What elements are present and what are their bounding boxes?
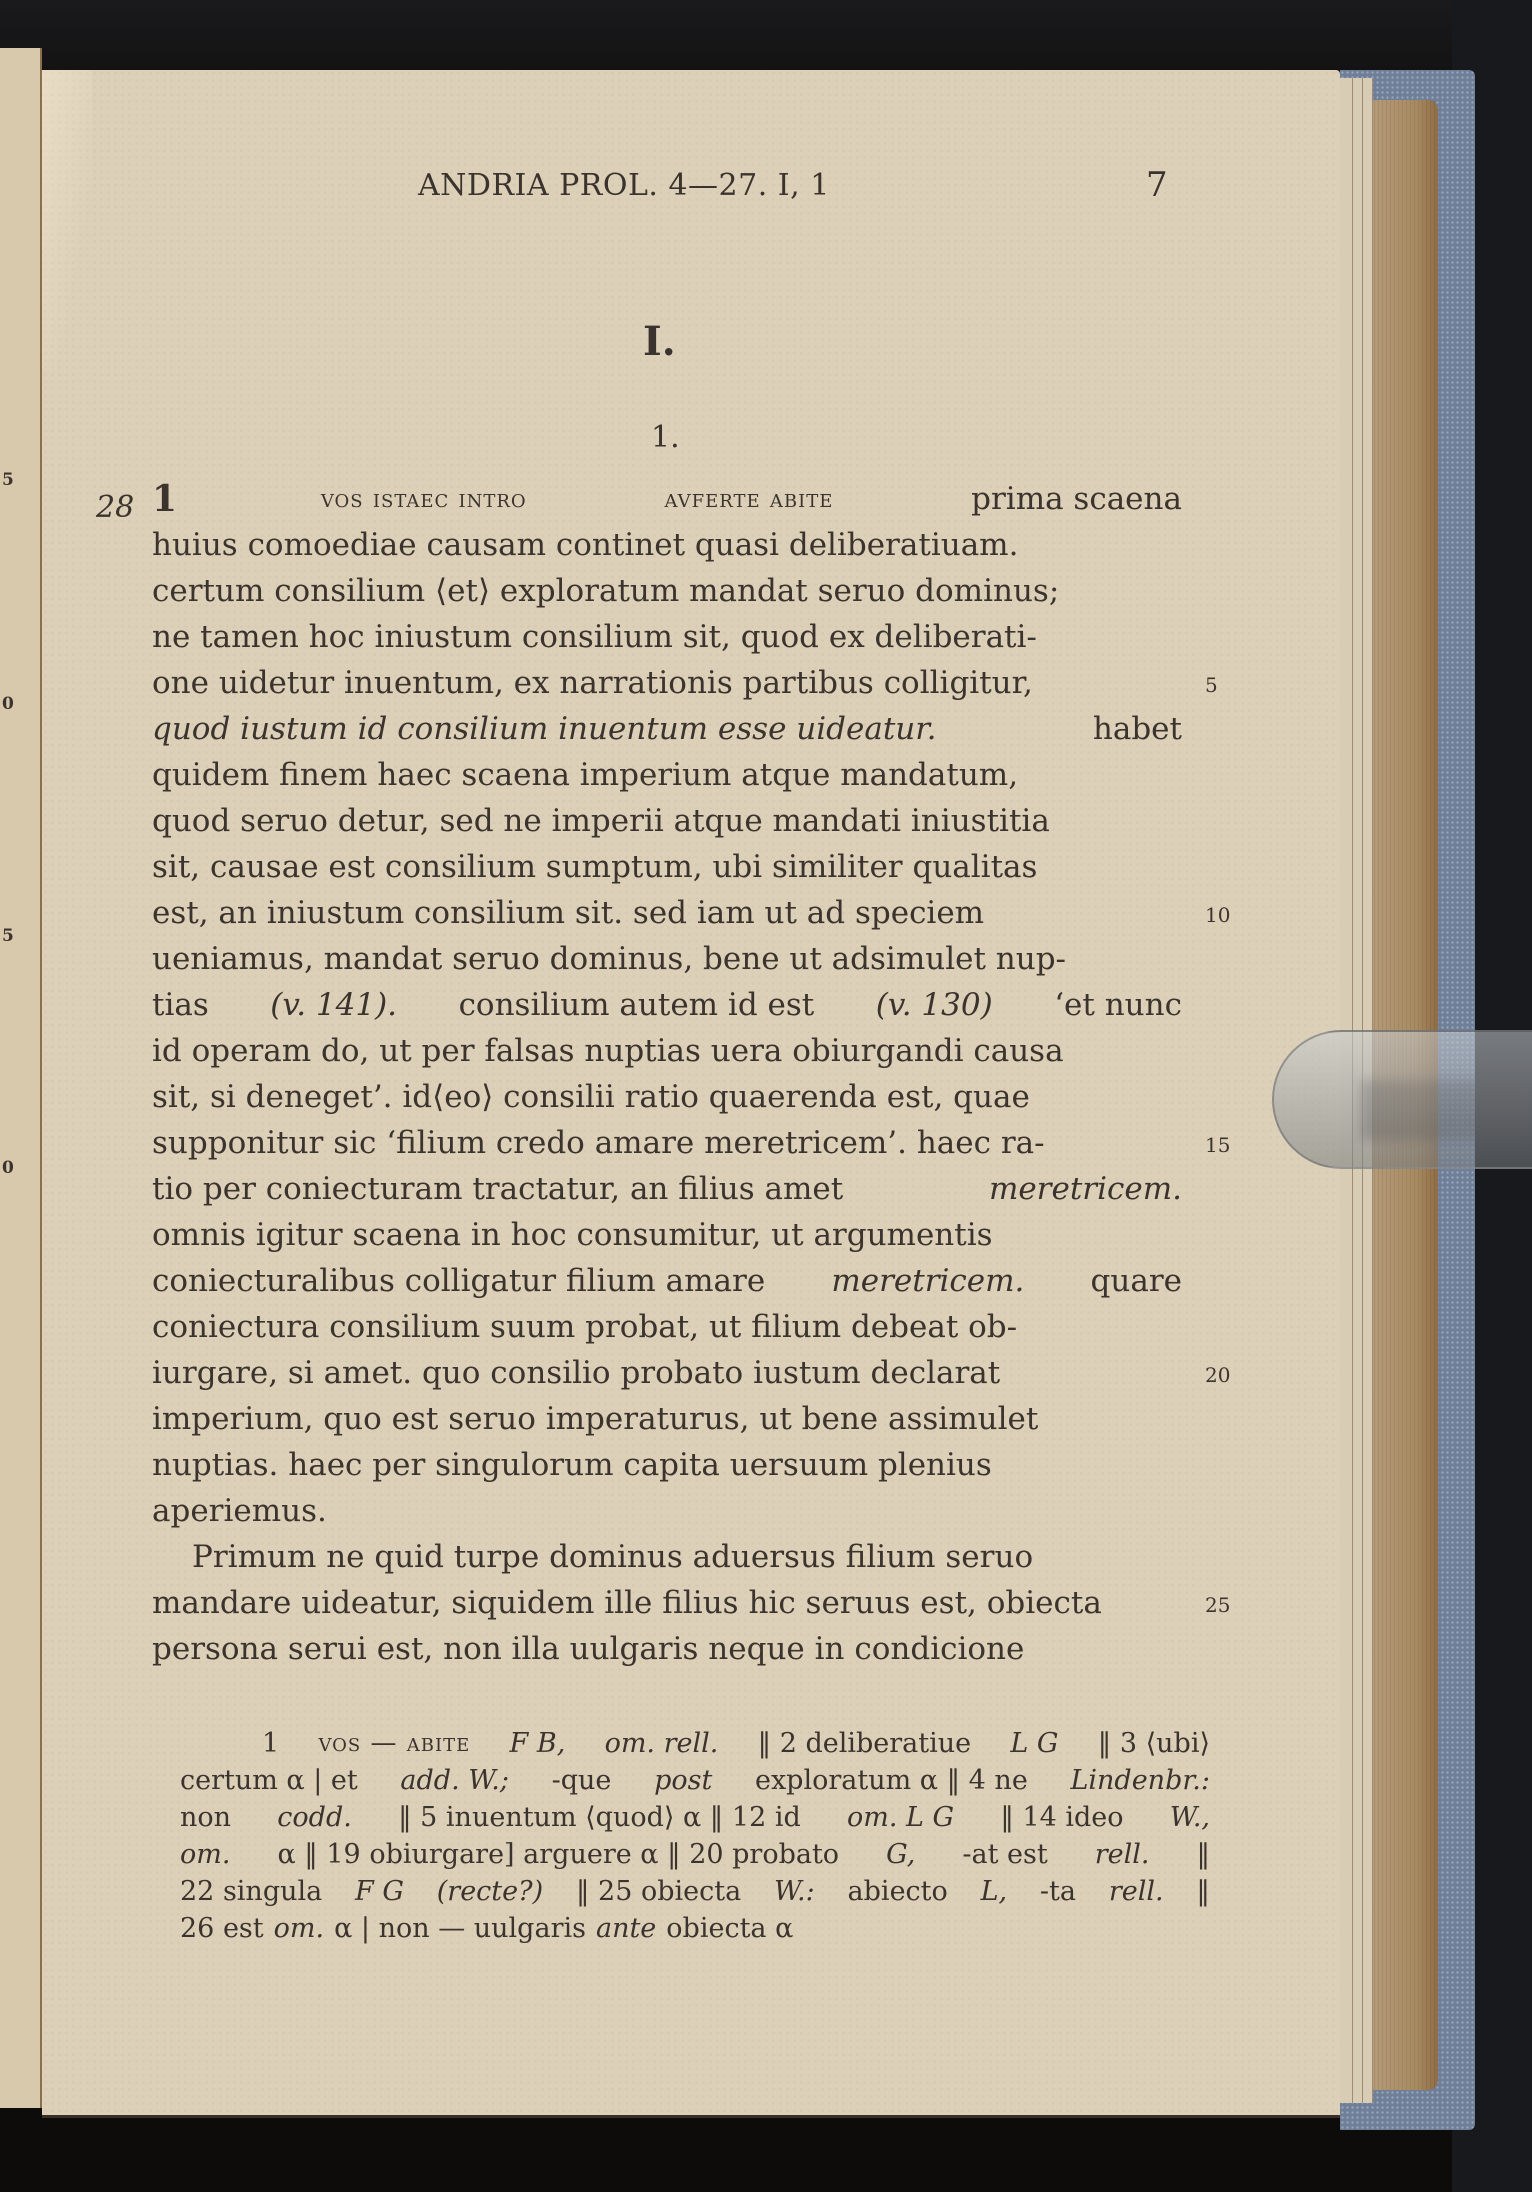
text-line: om.α ‖ 19 obiurgare] arguere α ‖ 20 prob… — [180, 1836, 1210, 1873]
text-line: huius comoediae causam continet quasi de… — [152, 522, 1182, 568]
text-segment: ueniamus, mandat seruo dominus, bene ut … — [152, 936, 1066, 982]
text-segment: prima scaena — [971, 476, 1182, 522]
text-line: sit, si deneget’. id⟨eo⟩ consilii ratio … — [152, 1074, 1182, 1120]
text-line: aperiemus. — [152, 1488, 1182, 1534]
text-segment: (v. 141). — [270, 982, 397, 1028]
text-line: ueniamus, mandat seruo dominus, bene ut … — [152, 936, 1182, 982]
text-segment: ante — [596, 1910, 656, 1947]
text-segment: ne tamen hoc iniustum consilium sit, quo… — [152, 614, 1037, 660]
text-segment: imperium, quo est seruo imperaturus, ut … — [152, 1396, 1038, 1442]
text-segment: codd. — [277, 1799, 352, 1836]
prev-line-number: 5 — [2, 926, 14, 946]
text-segment: α ‖ 19 obiurgare] arguere α ‖ 20 probato — [277, 1836, 839, 1873]
text-segment: consilium autem id est — [459, 982, 815, 1028]
text-segment: om. L G — [847, 1799, 954, 1836]
text-segment: -que — [552, 1762, 612, 1799]
line-number: 5 — [1205, 662, 1218, 708]
page-holder-clip — [1272, 1030, 1532, 1169]
critical-apparatus: 1vos — abiteF B,om. rell.‖ 2 deliberatiu… — [180, 1725, 1210, 1947]
margin-reference: 28 — [96, 490, 134, 525]
text-segment: L, — [981, 1873, 1008, 1910]
text-segment: F B, — [510, 1725, 566, 1762]
text-segment: vos istaec intro — [321, 476, 527, 522]
text-line: noncodd.‖ 5 inuentum ⟨quod⟩ α ‖ 12 idom.… — [180, 1799, 1210, 1836]
text-segment: quidem finem haec scaena imperium atque … — [152, 752, 1018, 798]
line-number: 15 — [1205, 1122, 1230, 1168]
text-line: certum α | etadd. W.;-quepostexploratum … — [180, 1762, 1210, 1799]
line-number: 10 — [1205, 892, 1230, 938]
text-segment: certum consilium ⟨et⟩ exploratum mandat … — [152, 568, 1059, 614]
text-segment: post — [654, 1762, 712, 1799]
text-line: certum consilium ⟨et⟩ exploratum mandat … — [152, 568, 1182, 614]
text-segment: ‖ — [1197, 1836, 1211, 1873]
text-line: coniecturalibus colligatur filium amarem… — [152, 1258, 1182, 1304]
text-segment: (recte?) — [437, 1873, 543, 1910]
text-segment: Lindenbr.: — [1070, 1762, 1210, 1799]
text-line: quidem finem haec scaena imperium atque … — [152, 752, 1182, 798]
text-line: est, an iniustum consilium sit. sed iam … — [152, 890, 1182, 936]
text-line: omnis igitur scaena in hoc consumitur, u… — [152, 1212, 1182, 1258]
text-line: supponitur sic ‘filium credo amare meret… — [152, 1120, 1182, 1166]
text-segment: omnis igitur scaena in hoc consumitur, u… — [152, 1212, 993, 1258]
text-segment: ‖ 3 ⟨ubi⟩ — [1098, 1725, 1210, 1762]
dark-background-top — [0, 0, 1532, 80]
text-segment: om. — [180, 1836, 230, 1873]
text-line: iurgare, si amet. quo consilio probato i… — [152, 1350, 1182, 1396]
text-segment: L G — [1010, 1725, 1058, 1762]
text-segment: ‖ 25 obiecta — [576, 1873, 741, 1910]
running-head: ANDRIA PROL. 4—27. I, 1 — [418, 168, 830, 203]
text-segment: habet — [1093, 706, 1182, 752]
text-segment: aperiemus. — [152, 1488, 327, 1534]
text-line: Primum ne quid turpe dominus aduersus fi… — [152, 1534, 1182, 1580]
text-segment: α | non — uulgaris — [334, 1910, 586, 1947]
page-crease — [42, 70, 92, 370]
text-line: quod seruo detur, sed ne imperii atque m… — [152, 798, 1182, 844]
text-line: imperium, quo est seruo imperaturus, ut … — [152, 1396, 1182, 1442]
text-segment: ‖ 2 deliberatiue — [758, 1725, 972, 1762]
text-segment: id operam do, ut per falsas nuptias uera… — [152, 1028, 1064, 1074]
text-segment: om. — [274, 1910, 324, 1947]
text-line: quod iustum id consilium inuentum esse u… — [152, 706, 1182, 752]
prev-line-number: 0 — [2, 694, 14, 714]
text-line: nuptias. haec per singulorum capita uers… — [152, 1442, 1182, 1488]
text-line: tio per coniecturam tractatur, an filius… — [152, 1166, 1182, 1212]
text-segment: (v. 130) — [876, 982, 993, 1028]
text-line: ne tamen hoc iniustum consilium sit, quo… — [152, 614, 1182, 660]
text-segment: ‖ — [1196, 1873, 1210, 1910]
text-segment: om. rell. — [605, 1725, 719, 1762]
text-line: 1vos istaec introavferte abiteprima scae… — [152, 476, 1182, 522]
text-line: 1vos — abiteF B,om. rell.‖ 2 deliberatiu… — [180, 1725, 1210, 1762]
text-line: mandare uideatur, siquidem ille filius h… — [152, 1580, 1182, 1626]
text-segment: G, — [886, 1836, 915, 1873]
text-segment: tio per coniecturam tractatur, an filius… — [152, 1166, 843, 1212]
text-line: sit, causae est consilium sumptum, ubi s… — [152, 844, 1182, 890]
text-line: 26 estom.α | non — uulgarisanteobiecta α — [180, 1910, 1210, 1947]
text-segment: non — [180, 1799, 231, 1836]
text-segment: quod iustum id consilium inuentum esse u… — [152, 706, 937, 752]
scene-heading: 1. — [651, 420, 680, 455]
text-segment: 1 — [262, 1725, 279, 1762]
text-line: tias(v. 141).consilium autem id est(v. 1… — [152, 982, 1182, 1028]
text-segment: quare — [1091, 1258, 1182, 1304]
act-heading: I. — [643, 318, 676, 365]
text-segment: coniecturalibus colligatur filium amare — [152, 1258, 765, 1304]
commentary-text: 1vos istaec introavferte abiteprima scae… — [152, 476, 1182, 1672]
text-segment: mandare uideatur, siquidem ille filius h… — [152, 1580, 1102, 1626]
text-segment: rell. — [1095, 1836, 1150, 1873]
text-segment: coniectura consilium suum probat, ut fil… — [152, 1304, 1017, 1350]
text-segment: 1 — [152, 476, 177, 522]
text-line: persona serui est, non illa uulgaris neq… — [152, 1626, 1182, 1672]
page-number: 7 — [1146, 165, 1168, 205]
text-segment: quod seruo detur, sed ne imperii atque m… — [152, 798, 1050, 844]
text-segment: certum α | et — [180, 1762, 358, 1799]
prev-line-number: 5 — [2, 470, 14, 490]
text-line: id operam do, ut per falsas nuptias uera… — [152, 1028, 1182, 1074]
text-segment: meretricem. — [831, 1258, 1024, 1304]
text-segment: 22 singula — [180, 1873, 322, 1910]
text-segment: exploratum α ‖ 4 ne — [755, 1762, 1028, 1799]
text-segment: abiecto — [848, 1873, 948, 1910]
previous-page-edge: 5 0 5 0 — [0, 48, 42, 2108]
text-segment: -ta — [1040, 1873, 1076, 1910]
text-segment: tias — [152, 982, 209, 1028]
text-segment: persona serui est, non illa uulgaris neq… — [152, 1626, 1024, 1672]
text-segment: sit, causae est consilium sumptum, ubi s… — [152, 844, 1037, 890]
text-segment: ‘et nunc — [1054, 982, 1182, 1028]
text-segment: huius comoediae causam continet quasi de… — [152, 522, 1018, 568]
prev-line-number: 0 — [2, 1158, 14, 1178]
text-segment: one uidetur inuentum, ex narrationis par… — [152, 660, 1033, 706]
text-segment: Primum ne quid turpe dominus aduersus fi… — [192, 1534, 1033, 1580]
text-segment: meretricem. — [989, 1166, 1182, 1212]
text-line: one uidetur inuentum, ex narrationis par… — [152, 660, 1182, 706]
line-number: 20 — [1205, 1352, 1230, 1398]
text-segment: nuptias. haec per singulorum capita uers… — [152, 1442, 992, 1488]
text-segment: obiecta α — [666, 1910, 793, 1947]
text-segment: W., — [1170, 1799, 1210, 1836]
text-segment: est, an iniustum consilium sit. sed iam … — [152, 890, 984, 936]
text-segment: supponitur sic ‘filium credo amare meret… — [152, 1120, 1045, 1166]
text-segment: sit, si deneget’. id⟨eo⟩ consilii ratio … — [152, 1074, 1030, 1120]
text-segment: -at est — [962, 1836, 1047, 1873]
text-line: coniectura consilium suum probat, ut fil… — [152, 1304, 1182, 1350]
text-segment: W.: — [774, 1873, 815, 1910]
text-segment: iurgare, si amet. quo consilio probato i… — [152, 1350, 1000, 1396]
text-segment: ‖ 14 ideo — [1000, 1799, 1123, 1836]
line-number: 25 — [1205, 1582, 1230, 1628]
text-segment: rell. — [1109, 1873, 1164, 1910]
text-segment: ‖ 5 inuentum ⟨quod⟩ α ‖ 12 id — [398, 1799, 801, 1836]
text-segment: vos — abite — [318, 1725, 470, 1762]
text-segment: 26 est — [180, 1910, 264, 1947]
text-line: 22 singulaF G(recte?)‖ 25 obiectaW.:abie… — [180, 1873, 1210, 1910]
text-segment: F G — [355, 1873, 404, 1910]
text-segment: avferte abite — [664, 476, 833, 522]
text-segment: add. W.; — [400, 1762, 509, 1799]
